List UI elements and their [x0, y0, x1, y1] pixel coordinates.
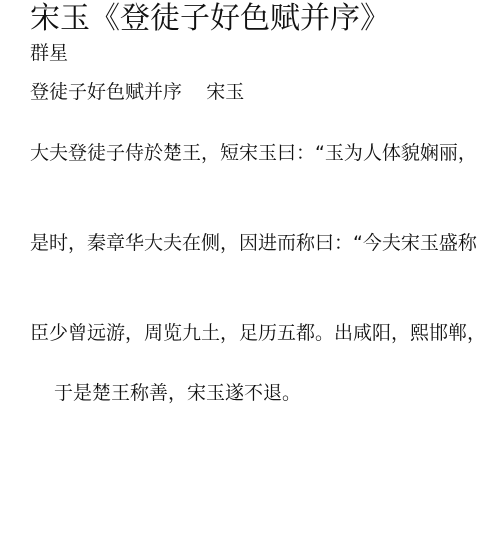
paragraph-1: 大夫登徒子侍於楚王，短宋玉曰：“玉为人体貌娴丽， — [30, 140, 477, 166]
subtitle-work: 登徒子好色赋并序 — [30, 81, 182, 103]
subtitle-line: 登徒子好色赋并序 宋玉 — [30, 79, 244, 105]
paragraph-2: 是时，秦章华大夫在侧，因进而称曰：“今夫宋玉盛称 — [30, 230, 477, 256]
paragraph-4: 于是楚王称善，宋玉遂不退。 — [54, 380, 301, 406]
subtitle-poet: 宋玉 — [206, 81, 244, 103]
subtitle-separator — [182, 81, 206, 103]
author-name: 群星 — [30, 40, 68, 66]
paragraph-3: 臣少曾远游，周览九土，足历五都。出咸阳，熙邯郸， — [30, 320, 486, 346]
document-title: 宋玉《登徒子好色赋并序》 — [30, 0, 390, 38]
